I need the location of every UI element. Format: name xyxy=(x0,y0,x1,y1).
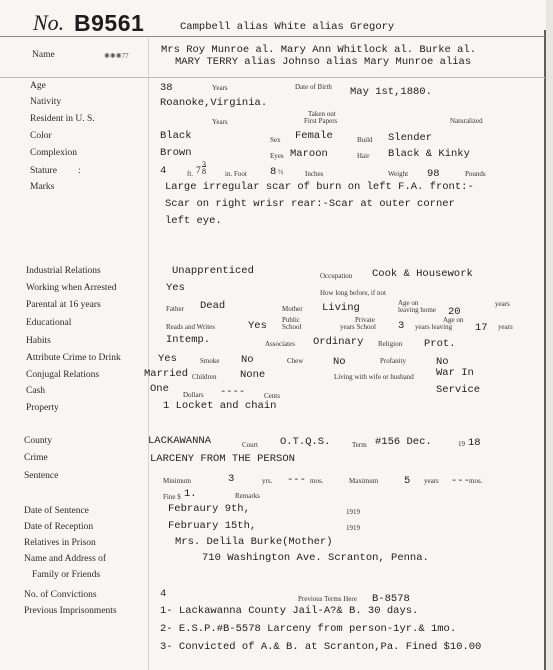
sublabel-father: Father xyxy=(166,305,184,313)
label-marks: Marks xyxy=(30,182,54,192)
sublabel-hair: Hair xyxy=(357,152,369,160)
sublabel-max-mos: mos. xyxy=(469,477,482,485)
sublabel-min-yrs: yrs. xyxy=(262,477,272,485)
value-stature-ft: 4 xyxy=(160,165,166,177)
value-industrial: Unapprenticed xyxy=(172,265,254,277)
sublabel-in-foot: in. Foot xyxy=(225,170,247,178)
page-edge xyxy=(546,0,553,670)
sublabel-min-mos: mos. xyxy=(310,477,323,485)
prison-record-card: No. B9561 Campbell alias White alias Gre… xyxy=(0,0,553,670)
sublabel-weight: Weight xyxy=(388,170,408,178)
stature-fraction: 38 xyxy=(202,161,206,175)
stamp-number: 77 xyxy=(122,52,129,60)
value-property: 1 Locket and chain xyxy=(163,400,276,412)
value-convictions: 4 xyxy=(160,588,166,600)
value-court: O.T.Q.S. xyxy=(280,436,330,448)
sublabel-sex: Sex xyxy=(270,136,281,144)
value-weight: 98 xyxy=(427,168,440,180)
sublabel-how-long: How long before, if not xyxy=(320,289,386,297)
value-build: Slender xyxy=(388,132,432,144)
label-cash: Cash xyxy=(26,386,45,396)
sublabel-eyes: Eyes xyxy=(270,152,284,160)
name-line-2: MARY TERRY alias Johnso alias Mary Munro… xyxy=(175,56,471,68)
label-habits: Habits xyxy=(26,336,51,346)
value-age: 38 xyxy=(160,82,173,94)
sublabel-years-home: years xyxy=(495,300,510,308)
value-sex: Female xyxy=(295,130,333,142)
value-previous-terms: B-8578 xyxy=(372,593,410,605)
label-relatives: Relatives in Prison xyxy=(24,538,96,548)
sublabel-occupation: Occupation xyxy=(320,272,352,280)
sublabel-mother: Mother xyxy=(282,305,303,313)
value-max-mos: --- xyxy=(451,475,470,487)
value-fine: 1. xyxy=(184,488,197,500)
value-date-sentence-year: 1919 xyxy=(346,508,360,516)
sublabel-term-19: 19 xyxy=(458,440,465,448)
value-foot: 8 xyxy=(270,166,276,178)
marks-line-3: left eye. xyxy=(165,215,222,227)
previous-line-1: 1- Lackawanna County Jail-A?& B. 30 days… xyxy=(160,605,418,617)
value-drink: Yes xyxy=(158,353,177,365)
sublabel-fine: Fine $ xyxy=(163,493,181,501)
label-parental: Parental at 16 years xyxy=(26,300,101,310)
label-name-address: Name and Address of xyxy=(24,554,106,564)
value-stature-in: 7 xyxy=(196,166,201,176)
sublabel-years-school-leave: years xyxy=(498,323,513,331)
label-family-friends: Family or Friends xyxy=(32,570,100,580)
record-number: B9561 xyxy=(74,10,144,37)
value-date-reception-year: 1919 xyxy=(346,524,360,532)
sublabel-reads-writes: Reads and Writes xyxy=(166,323,215,331)
sublabel-term: Term xyxy=(352,441,367,449)
label-stature: Stature xyxy=(30,166,57,176)
label-date-reception: Date of Reception xyxy=(24,522,93,532)
label-sentence: Sentence xyxy=(24,471,58,481)
sublabel-years-leaving: years leaving xyxy=(415,323,452,331)
label-attribute-drink: Attribute Crime to Drink xyxy=(26,353,121,363)
value-chew: No xyxy=(333,356,346,368)
sublabel-max-years: years xyxy=(424,477,439,485)
label-working: Working when Arrested xyxy=(26,283,117,293)
previous-line-2: 2- E.S.P.#B-5578 Larceny from person-1yr… xyxy=(160,623,456,635)
value-children: None xyxy=(240,369,265,381)
value-crime: LARCENY FROM THE PERSON xyxy=(150,453,295,465)
sublabel-ft: ft. xyxy=(187,170,193,178)
sublabel-school: School xyxy=(282,323,301,331)
previous-line-3: 3- Convicted of A.& B. at Scranton,Pa. F… xyxy=(160,641,481,653)
name-rule xyxy=(0,77,545,78)
value-term-year: 18 xyxy=(468,437,481,449)
label-previous-imprisonments: Previous Imprisonments xyxy=(24,606,117,616)
label-educational: Educational xyxy=(26,318,71,328)
sublabel-years: Years xyxy=(212,84,228,92)
value-religion: Prot. xyxy=(424,338,456,350)
sublabel-build: Build xyxy=(357,136,373,144)
value-min-years: 3 xyxy=(228,473,234,485)
stamp-mark: ✺✺✺77 xyxy=(104,52,129,60)
sublabel-chew: Chew xyxy=(287,357,303,365)
value-max-years: 5 xyxy=(404,475,410,487)
sublabel-previous-terms: Previous Terms Here xyxy=(298,595,357,603)
sublabel-minimum: Minimum xyxy=(163,477,191,485)
label-date-sentence: Date of Sentence xyxy=(24,506,89,516)
label-color: Color xyxy=(30,131,52,141)
sublabel-profanity: Profanity xyxy=(380,357,406,365)
value-dob: May 1st,1880. xyxy=(350,86,432,98)
label-crime: Crime xyxy=(24,453,48,463)
sublabel-associates: Associates xyxy=(265,340,295,348)
label-conjugal: Conjugal Relations xyxy=(26,370,99,380)
aliases-line: Campbell alias White alias Gregory xyxy=(180,21,394,33)
fraction-denominator: 8 xyxy=(202,166,206,176)
sublabel-dollars: Dollars xyxy=(183,391,204,399)
name-line-1: Mrs Roy Munroe al. Mary Ann Whitlock al.… xyxy=(161,44,476,56)
value-complexion: Brown xyxy=(160,147,192,159)
sublabel-first-papers: First Papers xyxy=(304,117,337,125)
value-working: Yes xyxy=(166,282,185,294)
value-hair: Black & Kinky xyxy=(388,148,470,160)
value-eyes: Maroon xyxy=(290,148,328,160)
marks-line-1: Large irregular scar of burn on left F.A… xyxy=(165,181,474,193)
sublabel-resident-years: Years xyxy=(212,118,228,126)
sublabel-naturalized: Naturalized xyxy=(450,117,483,125)
value-smoke: No xyxy=(241,354,254,366)
label-convictions: No. of Convictions xyxy=(24,590,97,600)
value-relatives: Mrs. Delila Burke(Mother) xyxy=(175,536,333,548)
label-resident: Resident in U. S. xyxy=(30,114,95,124)
value-term: #156 Dec. xyxy=(375,436,432,448)
sublabel-living-with: Living with wife or husband xyxy=(334,373,414,381)
label-county: County xyxy=(24,436,52,446)
sublabel-pounds: Pounds xyxy=(465,170,486,178)
sublabel-religion: Religion xyxy=(378,340,402,348)
value-min-mos: --- xyxy=(287,474,306,486)
value-reads-writes: Yes xyxy=(248,320,267,332)
label-industrial: Industrial Relations xyxy=(26,266,101,276)
value-county: LACKAWANNA xyxy=(148,435,211,447)
sublabel-maximum: Maximum xyxy=(349,477,378,485)
label-nativity: Nativity xyxy=(30,97,61,107)
right-border xyxy=(544,30,546,670)
sublabel-years-school: years School xyxy=(340,323,376,331)
label-property: Property xyxy=(26,403,59,413)
value-cash-cents: ---- xyxy=(220,386,245,398)
sublabel-children: Children xyxy=(192,373,217,381)
value-cash-dollars: One xyxy=(150,383,169,395)
sublabel-court: Court xyxy=(242,441,258,449)
value-age-leaving-school: 17 xyxy=(475,322,488,334)
label-name: Name xyxy=(32,50,55,60)
value-occupation: Cook & Housework xyxy=(372,268,473,280)
value-habits: Intemp. xyxy=(166,334,210,346)
label-column-divider xyxy=(148,38,149,670)
value-war-service: War In xyxy=(436,367,474,379)
value-conjugal: Married xyxy=(144,368,188,380)
sublabel-dob: Date of Birth xyxy=(295,83,332,91)
sublabel-remarks: Remarks xyxy=(235,492,260,500)
value-date-reception: February 15th, xyxy=(168,520,256,532)
value-date-sentence: Febraury 9th, xyxy=(168,503,250,515)
value-foot-frac: ½ xyxy=(278,168,283,176)
value-associates: Ordinary xyxy=(313,336,363,348)
stature-colon: : xyxy=(78,166,81,176)
sublabel-smoke: Smoke xyxy=(200,357,219,365)
sublabel-leaving-home: leaving home xyxy=(398,306,436,314)
sublabel-cents: Cents xyxy=(264,392,280,400)
value-mother: Living xyxy=(322,302,360,314)
value-war-service-2: Service xyxy=(436,384,480,396)
label-complexion: Complexion xyxy=(30,148,77,158)
value-private-school-years: 3 xyxy=(398,320,404,332)
label-age: Age xyxy=(30,81,46,91)
value-color: Black xyxy=(160,130,192,142)
number-prefix: No. xyxy=(33,10,64,36)
value-father: Dead xyxy=(200,300,225,312)
marks-line-2: Scar on right wrisr rear:-Scar at outer … xyxy=(165,198,455,210)
sublabel-inches: Inches xyxy=(305,170,323,178)
value-nativity: Roanoke,Virginia. xyxy=(160,97,267,109)
value-address: 710 Washington Ave. Scranton, Penna. xyxy=(202,552,429,564)
